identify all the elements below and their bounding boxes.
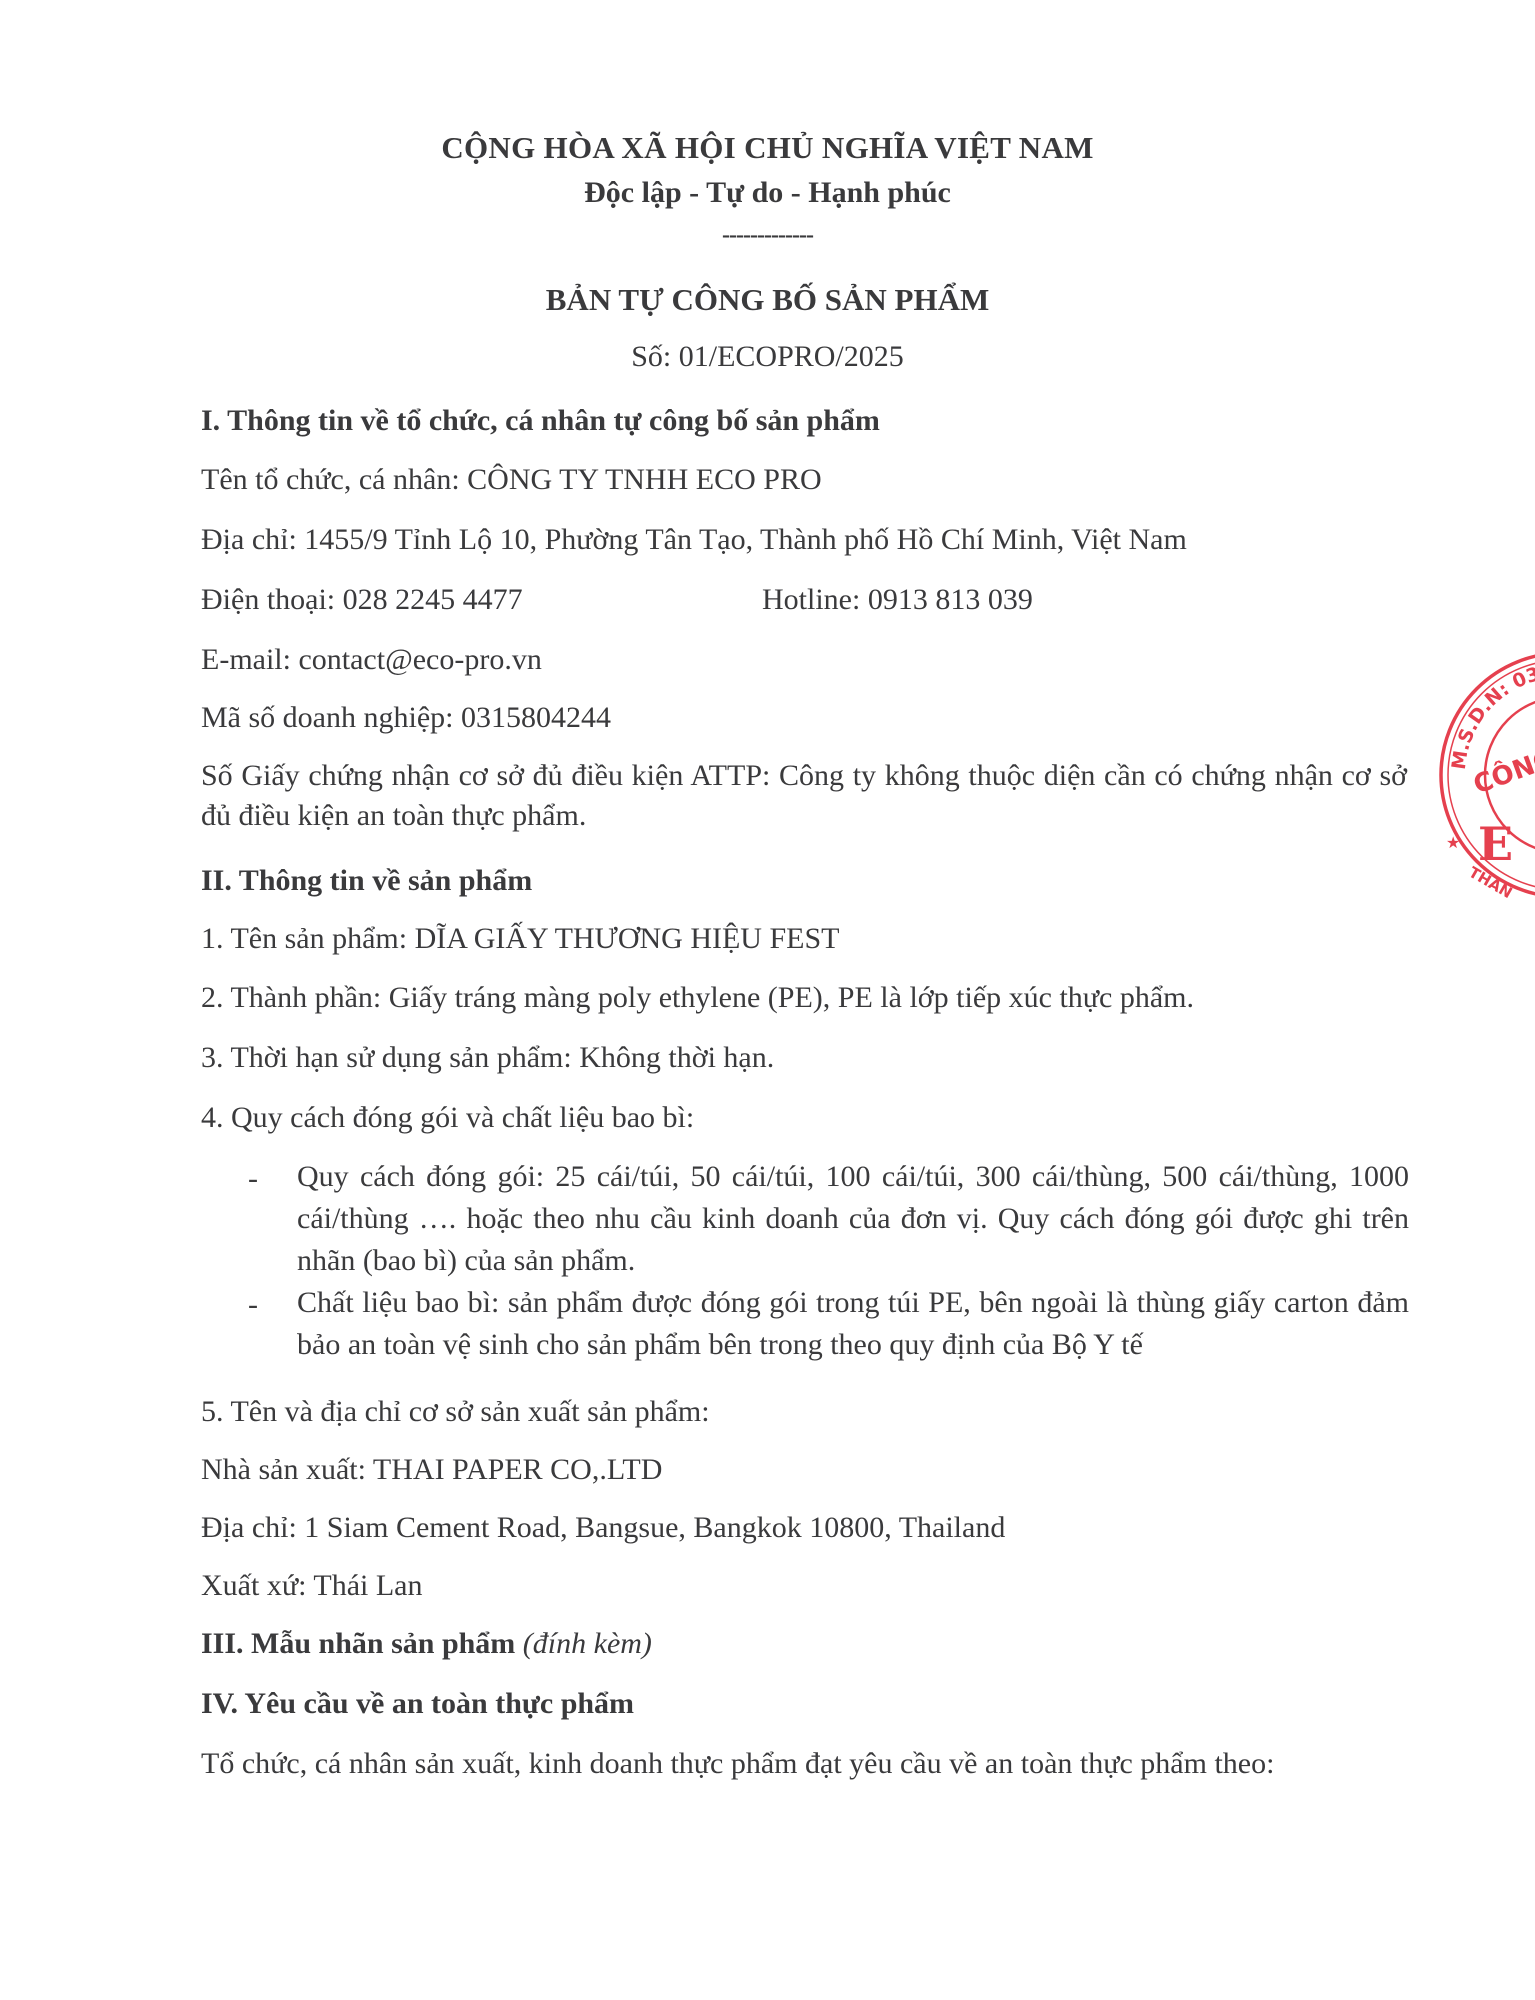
bullet-marker: -	[248, 1161, 258, 1197]
product-composition: 2. Thành phần: Giấy tráng màng poly ethy…	[201, 980, 1194, 1016]
section-3-heading: III. Mẫu nhãn sản phẩm (đính kèm)	[201, 1626, 652, 1662]
section-4-text: Tổ chức, cá nhân sản xuất, kinh doanh th…	[201, 1746, 1274, 1782]
org-tax-code: Mã số doanh nghiệp: 0315804244	[201, 700, 611, 736]
section-3-note: (đính kèm)	[523, 1627, 652, 1660]
org-name: Tên tổ chức, cá nhân: CÔNG TY TNHH ECO P…	[201, 462, 822, 498]
packaging-spec: Quy cách đóng gói: 25 cái/túi, 50 cái/tú…	[297, 1156, 1409, 1282]
national-title: CỘNG HÒA XÃ HỘI CHỦ NGHĨA VIỆT NAM	[0, 130, 1535, 166]
document-title: BẢN TỰ CÔNG BỐ SẢN PHẨM	[0, 282, 1535, 318]
national-motto: Độc lập - Tự do - Hạnh phúc	[0, 176, 1535, 210]
document-page: CỘNG HÒA XÃ HỘI CHỦ NGHĨA VIỆT NAM Độc l…	[0, 0, 1535, 2000]
product-origin: Xuất xứ: Thái Lan	[201, 1568, 422, 1604]
section-4-heading: IV. Yêu cầu về an toàn thực phẩm	[201, 1686, 634, 1722]
document-number: Số: 01/ECOPRO/2025	[0, 340, 1535, 374]
packaging-material: Chất liệu bao bì: sản phẩm được đóng gói…	[297, 1282, 1409, 1366]
header-divider: -------------	[0, 222, 1535, 249]
org-phone: Điện thoại: 028 2245 4477	[201, 582, 523, 618]
svg-text:CÔNG: CÔNG	[1469, 742, 1535, 801]
manufacturer-address: Địa chỉ: 1 Siam Cement Road, Bangsue, Ba…	[201, 1510, 1005, 1546]
company-stamp-icon: M.S.D.N: 031580424 CÔNG E ★ THÀN	[1438, 650, 1535, 900]
org-hotline: Hotline: 0913 813 039	[762, 582, 1033, 618]
product-shelf-life: 3. Thời hạn sử dụng sản phẩm: Không thời…	[201, 1040, 774, 1076]
org-address: Địa chỉ: 1455/9 Tỉnh Lộ 10, Phường Tân T…	[201, 522, 1187, 558]
org-certificate: Số Giấy chứng nhận cơ sở đủ điều kiện AT…	[201, 756, 1407, 836]
org-email: E-mail: contact@eco-pro.vn	[201, 642, 542, 678]
section-3-title: III. Mẫu nhãn sản phẩm	[201, 1627, 515, 1660]
section-2-heading: II. Thông tin về sản phẩm	[201, 863, 532, 899]
section-1-heading: I. Thông tin về tổ chức, cá nhân tự công…	[201, 403, 880, 439]
svg-text:E: E	[1478, 817, 1513, 871]
bullet-marker: -	[248, 1287, 258, 1323]
manufacturer-heading: 5. Tên và địa chỉ cơ sở sản xuất sản phẩ…	[201, 1394, 710, 1430]
packaging-heading: 4. Quy cách đóng gói và chất liệu bao bì…	[201, 1100, 694, 1136]
manufacturer-name: Nhà sản xuất: THAI PAPER CO,.LTD	[201, 1452, 662, 1488]
svg-text:★: ★	[1446, 833, 1460, 852]
product-name: 1. Tên sản phẩm: DĨA GIẤY THƯƠNG HIỆU FE…	[201, 921, 840, 957]
